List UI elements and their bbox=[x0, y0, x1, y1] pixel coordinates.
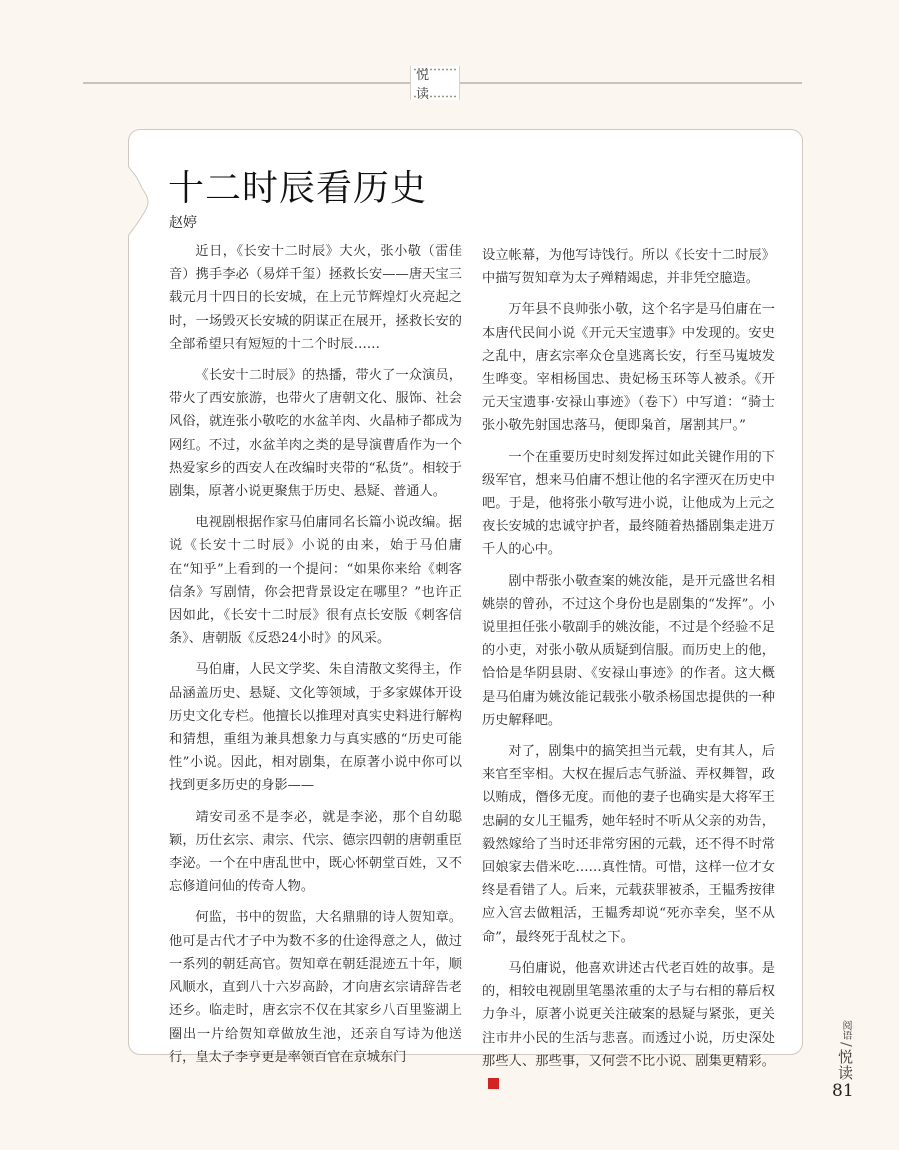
paragraph-last-text: 马伯庸说，他喜欢讲述古代老百姓的故事。是的，相较电视剧里笔墨浓重的太子与右相的幕… bbox=[482, 961, 775, 1069]
section-label: 悦 读 bbox=[416, 64, 459, 102]
paragraph: 一个在重要历史时刻发挥过如此关键作用的下级军官，想来马伯庸不想让他的名字湮灭在历… bbox=[482, 446, 775, 562]
paragraph: 何监，书中的贺监，大名鼎鼎的诗人贺知章。他可是古代才子中为数不多的仕途得意之人，… bbox=[169, 906, 462, 1068]
paragraph-last: 马伯庸说，他喜欢讲述古代老百姓的故事。是的，相较电视剧里笔墨浓重的太子与右相的幕… bbox=[482, 957, 775, 1096]
card-notch-decoration bbox=[128, 166, 158, 236]
running-head-magazine: 阅语 bbox=[838, 1020, 853, 1040]
article-author: 赵婷 bbox=[169, 212, 197, 232]
article-column-right: 设立帐幕，为他写诗饯行。所以《长安十二时辰》中描写贺知章为太子殚精竭虑，并非凭空… bbox=[482, 244, 775, 1104]
paragraph: 近日，《长安十二时辰》大火，张小敬（雷佳音）携手李必（易烊千玺）拯救长安——唐天… bbox=[169, 240, 462, 356]
running-head-section: 悦读 bbox=[835, 1049, 856, 1081]
paragraph: 靖安司丞不是李必，就是李泌，那个自幼聪颖，历仕玄宗、肃宗、代宗、德宗四朝的唐朝重… bbox=[169, 806, 462, 899]
paragraph: 对了，剧集中的搞笑担当元载，史有其人，后来官至宰相。大权在握后志气骄溢、弄权舞智… bbox=[482, 740, 775, 949]
page-number: 81 bbox=[832, 1081, 854, 1101]
paragraph: 剧中帮张小敬查案的姚汝能，是开元盛世名相姚崇的曾孙，不过这个身份也是剧集的“发挥… bbox=[482, 570, 775, 732]
paragraph: 万年县不良帅张小敬，这个名字是马伯庸在一本唐代民间小说《开元天宝遗事》中发现的。… bbox=[482, 298, 775, 437]
running-head: 阅语 / 悦读 bbox=[835, 1020, 856, 1081]
paragraph: 马伯庸，人民文学奖、朱自清散文奖得主，作品涵盖历史、悬疑、文化等领域，于多家媒体… bbox=[169, 658, 462, 797]
end-of-article-square-icon bbox=[488, 1078, 499, 1089]
section-label-stamp: 悦 读 bbox=[410, 66, 460, 100]
article-title: 十二时辰看历史 bbox=[168, 160, 427, 211]
paragraph: 电视剧根据作家马伯庸同名长篇小说改编。据说《长安十二时辰》小说的由来，始于马伯庸… bbox=[169, 511, 462, 650]
paragraph: 《长安十二时辰》的热播，带火了一众演员，带火了西安旅游，也带火了唐朝文化、服饰、… bbox=[169, 364, 462, 503]
article-column-left: 近日，《长安十二时辰》大火，张小敬（雷佳音）携手李必（易烊千玺）拯救长安——唐天… bbox=[169, 240, 462, 1077]
paragraph-continued: 设立帐幕，为他写诗饯行。所以《长安十二时辰》中描写贺知章为太子殚精竭虑，并非凭空… bbox=[482, 244, 775, 290]
running-head-separator: / bbox=[838, 1042, 854, 1047]
